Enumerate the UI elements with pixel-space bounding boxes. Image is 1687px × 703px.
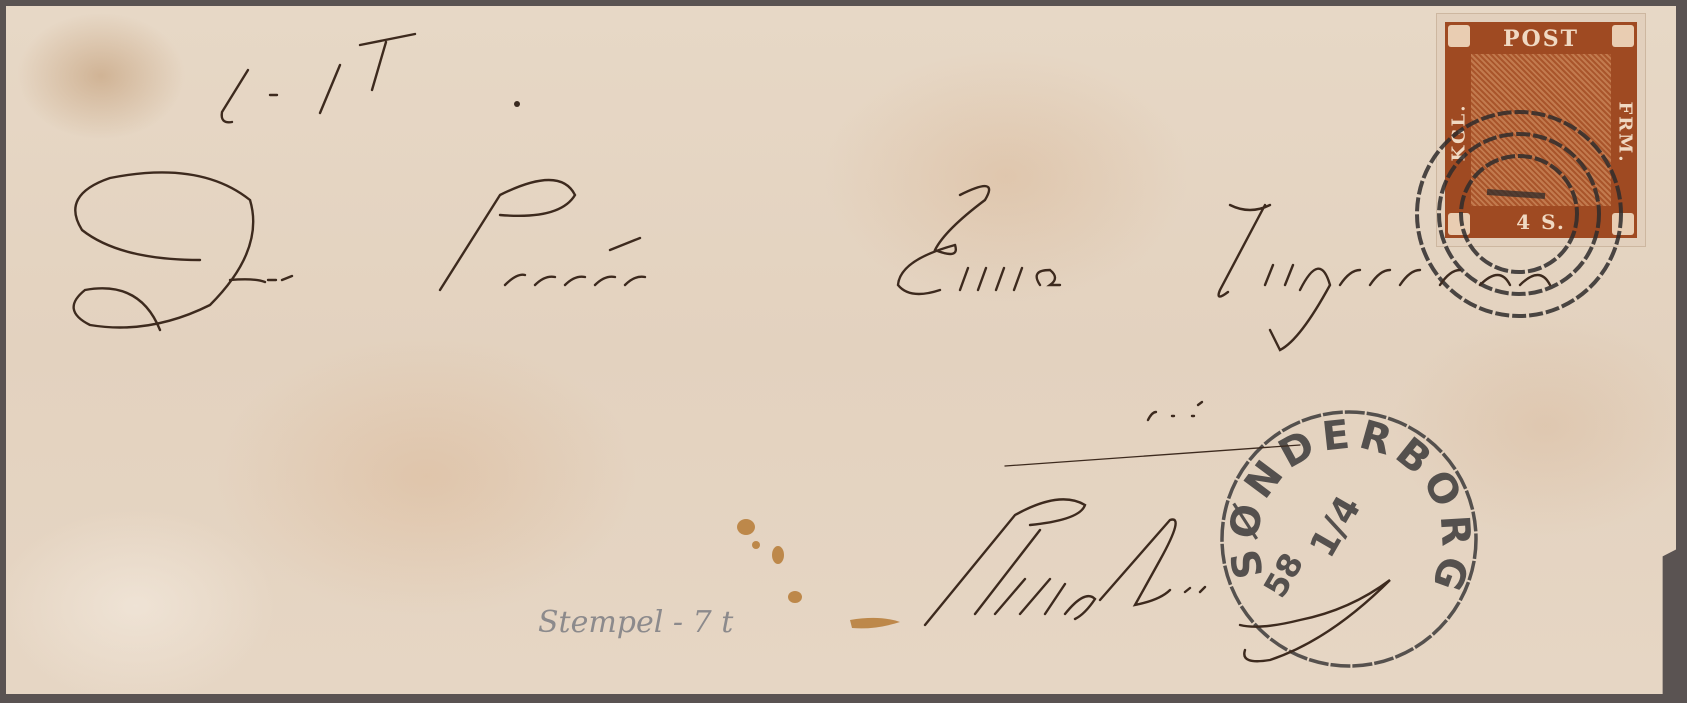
stamp-left-label: KGL. [1449, 83, 1470, 183]
stamp-frame: POST 4 S. KGL. FRM. [1445, 22, 1637, 238]
pencil-annotation: Stempel - 7 t [538, 605, 733, 640]
postage-stamp: POST 4 S. KGL. FRM. [1436, 13, 1646, 247]
stamp-value-label: 4 S. [1445, 210, 1637, 234]
stamp-wreath-crown-design [1471, 54, 1611, 206]
stamp-top-label: POST [1445, 26, 1637, 52]
stamp-right-label: FRM. [1615, 83, 1636, 183]
envelope [6, 6, 1676, 694]
